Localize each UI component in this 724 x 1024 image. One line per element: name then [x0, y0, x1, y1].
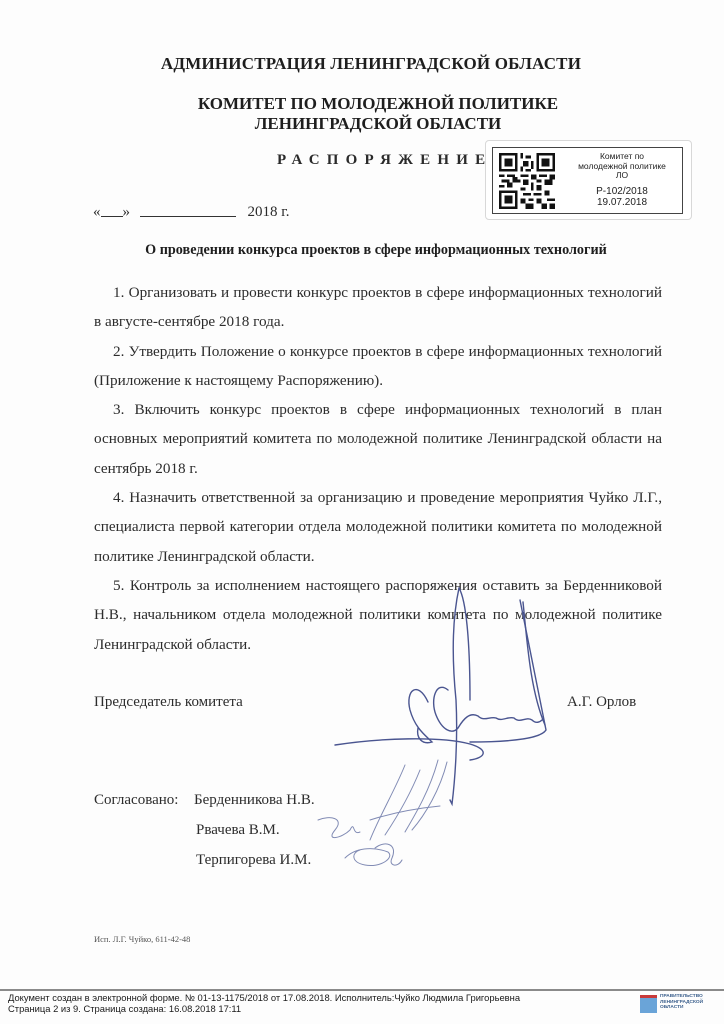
coat-of-arms-icon: [640, 995, 657, 1013]
footer-document-info: Документ создан в электронной форме. № 0…: [8, 993, 520, 1004]
chairman-signature: [0, 0, 724, 1024]
logo-line1: ПРАВИТЕЛЬСТВО: [660, 994, 703, 1000]
logo-line3: ОБЛАСТИ: [660, 1005, 703, 1011]
electronic-document-footer: Документ создан в электронной форме. № 0…: [8, 993, 520, 1014]
footer-page-info: Страница 2 из 9. Страница создана: 16.08…: [8, 1004, 520, 1015]
executor-note: Исп. Л.Г. Чуйко, 611-42-48: [94, 934, 190, 944]
government-logo-text: ПРАВИТЕЛЬСТВО ЛЕНИНГРАДСКОЙ ОБЛАСТИ: [660, 994, 703, 1011]
government-logo: ПРАВИТЕЛЬСТВО ЛЕНИНГРАДСКОЙ ОБЛАСТИ: [640, 994, 720, 1018]
footer-divider: [0, 989, 724, 991]
